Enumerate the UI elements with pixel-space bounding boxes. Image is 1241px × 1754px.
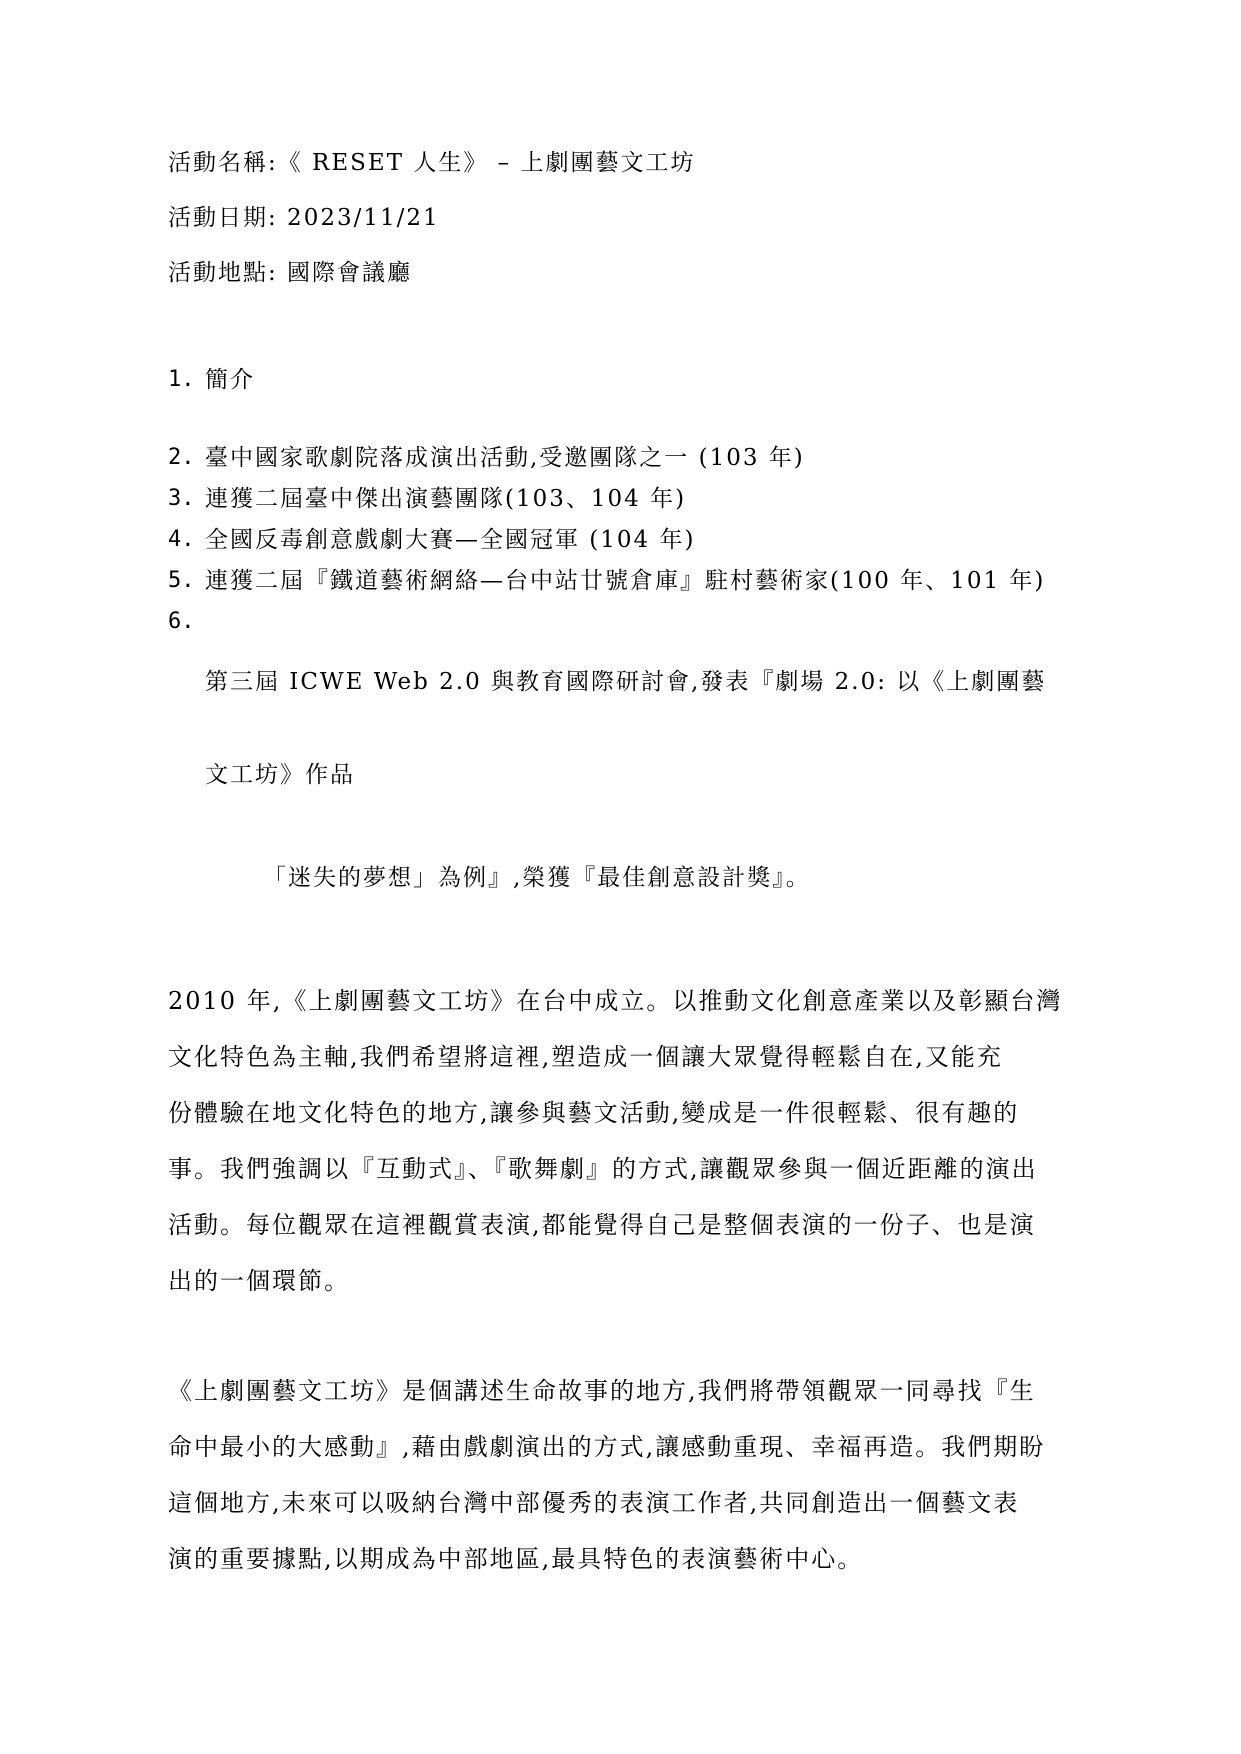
paragraph-line: 《上劇團藝文工坊》是個講述生命故事的地方,我們將帶領觀眾一同尋找『生	[168, 1363, 1081, 1419]
list-item: 2. 臺中國家歌劇院落成演出活動,受邀團隊之一 (103 年)	[168, 444, 1081, 472]
list-item-number: 2.	[168, 444, 205, 472]
paragraph-line: 出的一個環節。	[168, 1253, 1081, 1309]
list-item: 1. 簡介	[168, 366, 1081, 394]
list-item-text: 連獲二屆臺中傑出演藝團隊(103、104 年)	[205, 485, 1081, 513]
list-item-text: 第三屆 ICWE Web 2.0 與教育國際研討會,發表『劇場 2.0: 以《上…	[205, 608, 1081, 850]
list-item-number: 4.	[168, 526, 205, 554]
list-item-text: 臺中國家歌劇院落成演出活動,受邀團隊之一 (103 年)	[205, 444, 1081, 472]
paragraph-line: 命中最小的大感動』,藉由戲劇演出的方式,讓感動重現、幸福再造。我們期盼	[168, 1419, 1081, 1475]
list-item-number: 1.	[168, 366, 205, 394]
list-item-number: 6.	[168, 608, 205, 636]
list-item-number: 5.	[168, 567, 205, 595]
list-item: 6. 第三屆 ICWE Web 2.0 與教育國際研討會,發表『劇場 2.0: …	[168, 608, 1081, 850]
achievement-list: 1. 簡介 2. 臺中國家歌劇院落成演出活動,受邀團隊之一 (103 年) 3.…	[168, 366, 1081, 893]
paragraph-line: 事。我們強調以『互動式』、『歌舞劇』的方式,讓觀眾參與一個近距離的演出	[168, 1141, 1081, 1197]
list-item-text: 連獲二屆『鐵道藝術網絡—台中站廿號倉庫』駐村藝術家(100 年、101 年)	[205, 567, 1081, 595]
list-item-number: 3.	[168, 485, 205, 513]
event-location-line: 活動地點: 國際會議廳	[168, 258, 1081, 288]
paragraph-line: 活動。每位觀眾在這裡觀賞表演,都能覺得自己是整個表演的一份子、也是演	[168, 1197, 1081, 1253]
list-item-text: 全國反毒創意戲劇大賽—全國冠軍 (104 年)	[205, 526, 1081, 554]
intro-paragraph: 2010 年,《上劇團藝文工坊》在台中成立。以推動文化創意產業以及彰顯台灣 文化…	[168, 973, 1081, 1309]
list-item: 4. 全國反毒創意戲劇大賽—全國冠軍 (104 年)	[168, 526, 1081, 554]
award-quote-line: 「迷失的夢想」為例』,榮獲『最佳創意設計獎』。	[263, 863, 1081, 893]
paragraph-line: 文化特色為主軸,我們希望將這裡,塑造成一個讓大眾覺得輕鬆自在,又能充	[168, 1029, 1081, 1085]
list-item-text-line: 文工坊》作品	[205, 757, 1081, 794]
event-date-line: 活動日期: 2023/11/21	[168, 203, 1081, 233]
list-item-text: 簡介	[205, 366, 1081, 394]
paragraph-line: 份體驗在地文化特色的地方,讓參與藝文活動,變成是一件很輕鬆、很有趣的	[168, 1085, 1081, 1141]
paragraph-line: 這個地方,未來可以吸納台灣中部優秀的表演工作者,共同創造出一個藝文表	[168, 1475, 1081, 1531]
paragraph-line: 2010 年,《上劇團藝文工坊》在台中成立。以推動文化創意產業以及彰顯台灣	[168, 973, 1081, 1029]
list-item: 3. 連獲二屆臺中傑出演藝團隊(103、104 年)	[168, 485, 1081, 513]
paragraph-line: 演的重要據點,以期成為中部地區,最具特色的表演藝術中心。	[168, 1531, 1081, 1587]
event-name-line: 活動名稱:《 RESET 人生》 – 上劇團藝文工坊	[168, 148, 1081, 178]
document-page: 活動名稱:《 RESET 人生》 – 上劇團藝文工坊 活動日期: 2023/11…	[0, 0, 1241, 1754]
list-item: 5. 連獲二屆『鐵道藝術網絡—台中站廿號倉庫』駐村藝術家(100 年、101 年…	[168, 567, 1081, 595]
event-meta-block: 活動名稱:《 RESET 人生》 – 上劇團藝文工坊 活動日期: 2023/11…	[168, 148, 1081, 288]
list-item-text-line: 第三屆 ICWE Web 2.0 與教育國際研討會,發表『劇場 2.0: 以《上…	[205, 664, 1081, 701]
vision-paragraph: 《上劇團藝文工坊》是個講述生命故事的地方,我們將帶領觀眾一同尋找『生 命中最小的…	[168, 1363, 1081, 1587]
